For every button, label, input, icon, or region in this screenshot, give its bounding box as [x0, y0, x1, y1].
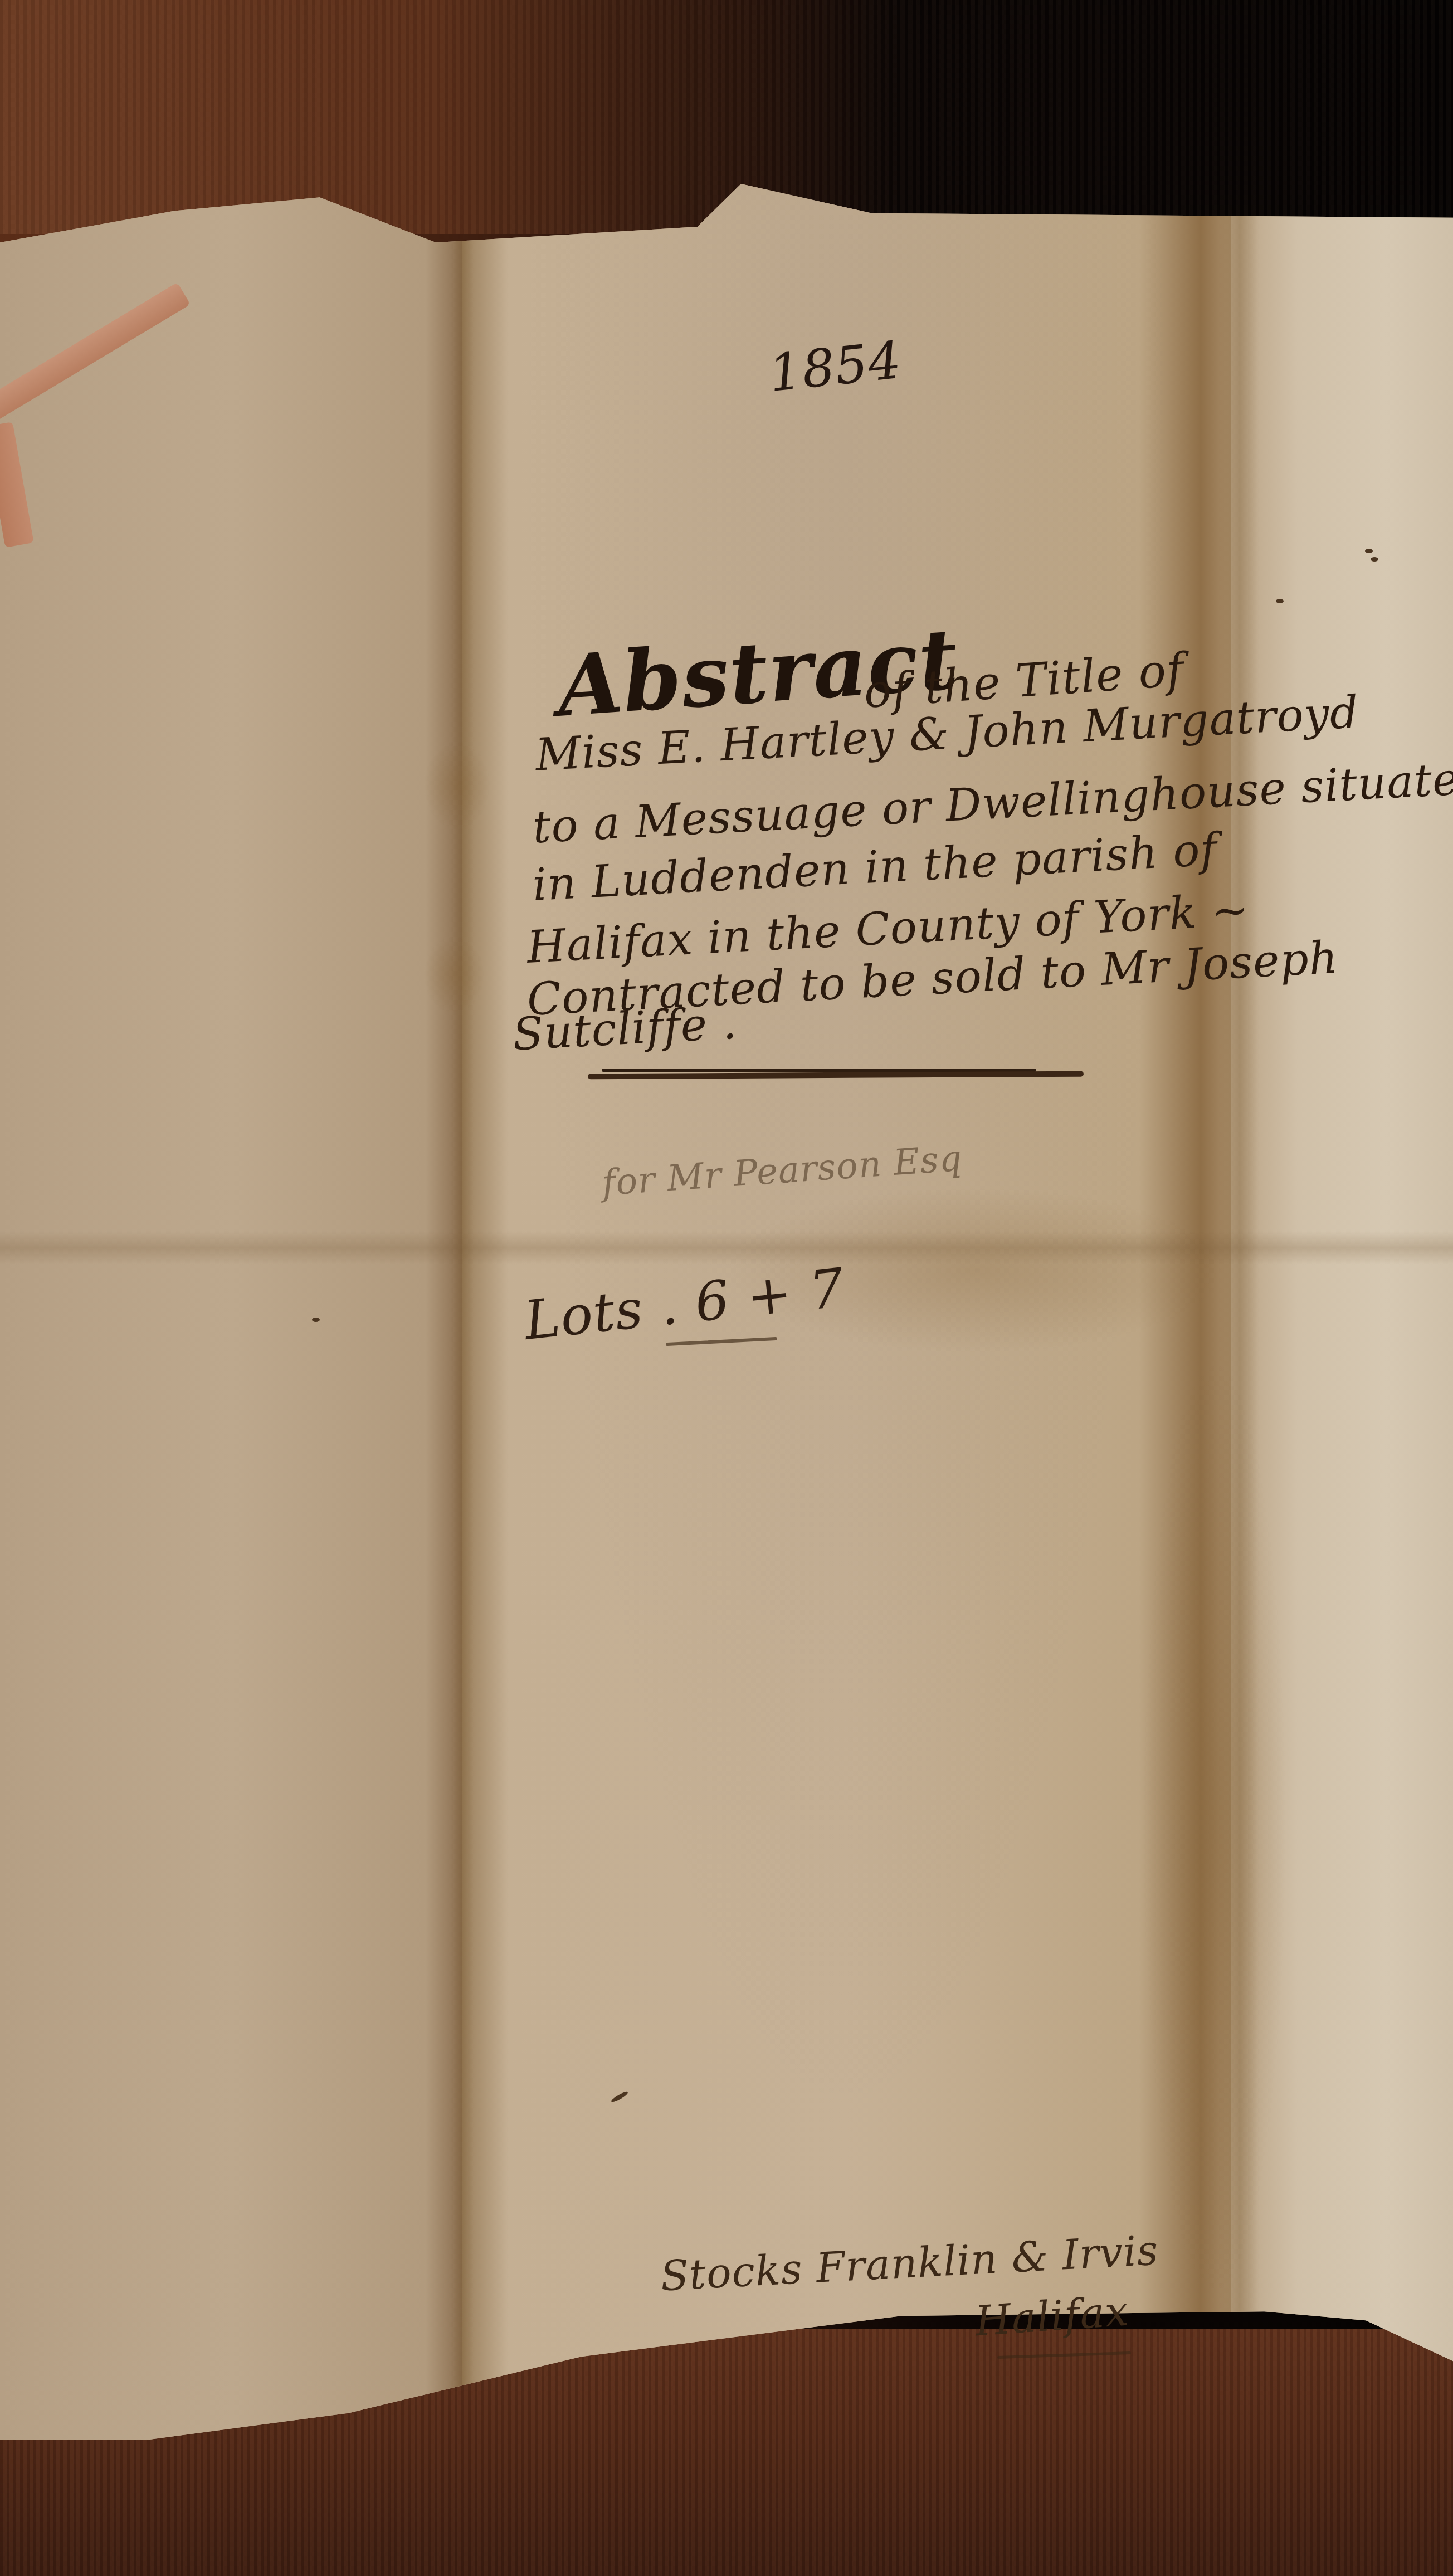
ink-speck	[1276, 599, 1284, 603]
document-left-panel	[0, 184, 462, 2440]
ink-speck	[1365, 549, 1373, 553]
water-stain	[1142, 1354, 1287, 2301]
ink-speck	[312, 1318, 320, 1322]
water-stain	[423, 936, 485, 1014]
vertical-fold-crease	[451, 184, 474, 2440]
ink-speck	[1371, 557, 1378, 562]
photo-scene: 1854 Abstract of the Title of Miss E. Ha…	[0, 0, 1453, 2576]
water-stain	[423, 741, 490, 830]
